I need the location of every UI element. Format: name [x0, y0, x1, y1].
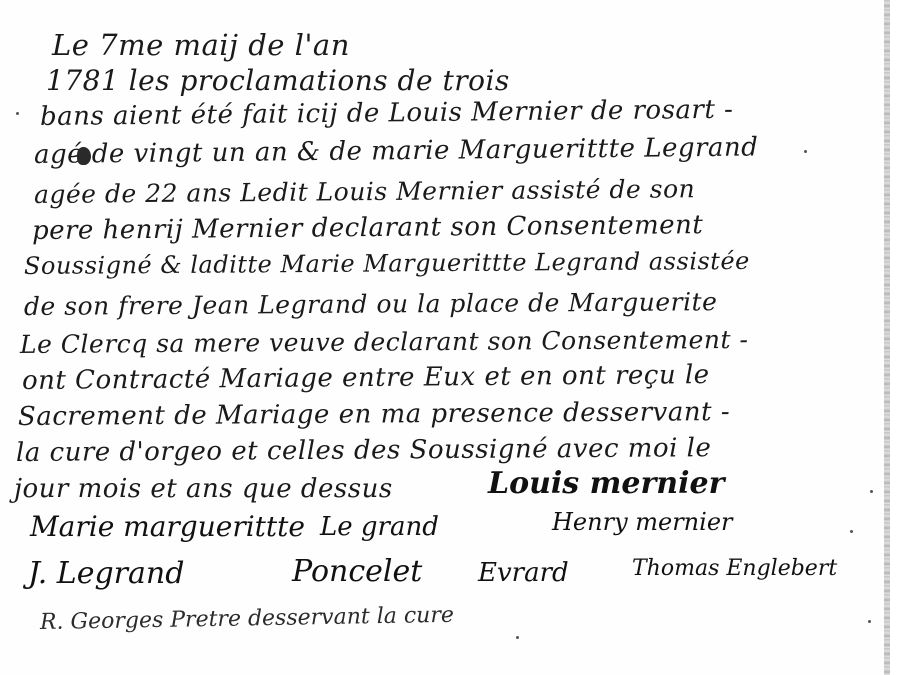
record-line-4: agé de vingt un an & de marie Margueritt…: [34, 132, 759, 170]
record-line-11: Sacrement de Mariage en ma presence dess…: [18, 397, 730, 432]
paper-speck: [516, 636, 519, 639]
paper-speck: [868, 620, 871, 623]
record-line-1: Le 7me maij de l'an: [52, 28, 350, 62]
record-line-2: 1781 les proclamations de trois: [46, 64, 510, 97]
signature-groom: Louis mernier: [488, 466, 724, 501]
record-line-8: de son frere Jean Legrand ou la place de…: [24, 287, 718, 321]
paper-speck: [870, 490, 873, 493]
signature-bride-surname: Le grand: [320, 512, 439, 542]
ink-blot: [77, 147, 91, 165]
record-line-12: la cure d'orgeo et celles des Soussigné …: [16, 433, 712, 468]
signature-priest: R. Georges Pretre desservant la cure: [40, 603, 454, 635]
signature-bride: Marie marguerittte: [30, 510, 305, 543]
paper-speck: [804, 150, 807, 153]
record-line-13: jour mois et ans que dessus: [14, 474, 393, 504]
paper-speck: [16, 112, 19, 115]
page-margin: [890, 0, 900, 675]
record-line-5: agée de 22 ans Ledit Louis Mernier assis…: [34, 174, 695, 209]
signature-witness-jlegrand: J. Legrand: [28, 556, 184, 591]
scanned-document-page: Le 7me maij de l'an 1781 les proclamatio…: [0, 0, 900, 675]
signature-witness-evrard: Evrard: [478, 558, 569, 588]
signature-father: Henry mernier: [552, 508, 733, 536]
record-line-7: Soussigné & laditte Marie Marguerittte L…: [24, 247, 750, 280]
signature-witness-englebert: Thomas Englebert: [632, 556, 837, 581]
paper-speck: [850, 530, 853, 533]
record-line-6: pere henrij Mernier declarant son Consen…: [32, 210, 704, 246]
record-line-3: bans aient été fait icij de Louis Mernie…: [40, 95, 734, 132]
record-line-9: Le Clercq sa mere veuve declarant son Co…: [20, 325, 749, 359]
record-line-10: ont Contracté Mariage entre Eux et en on…: [22, 360, 710, 396]
signature-witness-poncelet: Poncelet: [292, 554, 422, 589]
